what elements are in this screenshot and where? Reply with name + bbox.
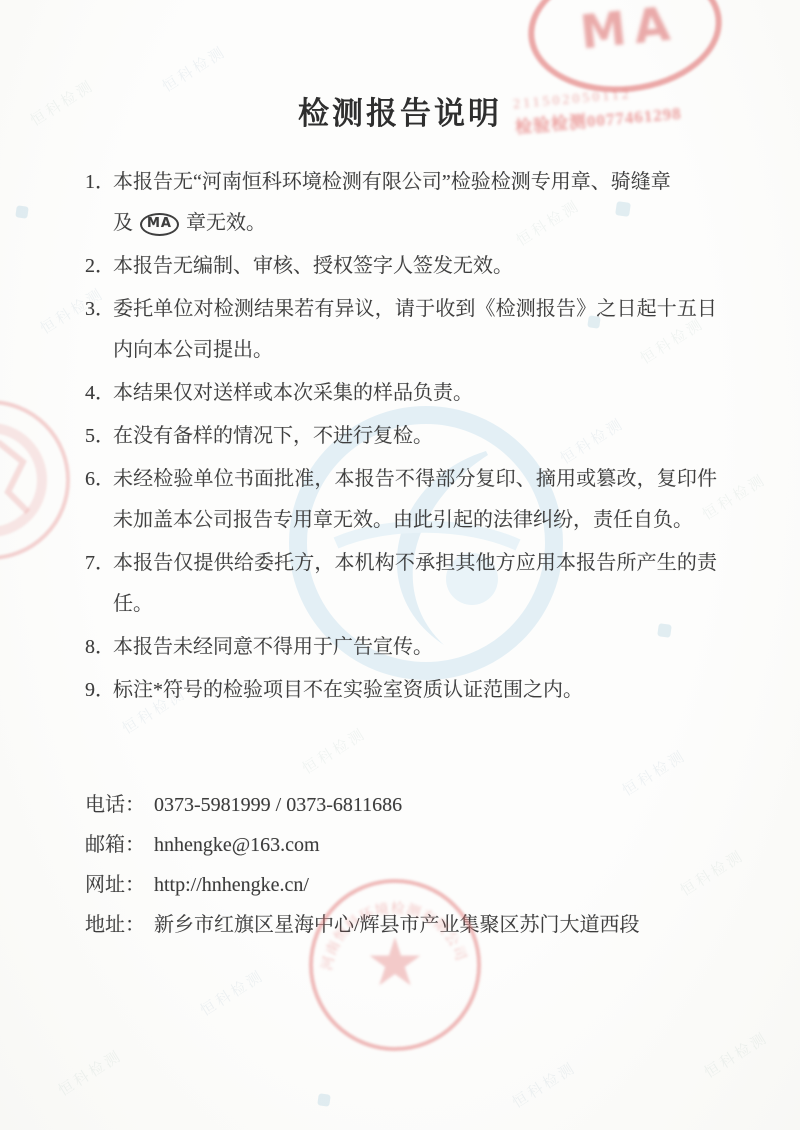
item-text: 未经检验单位书面批准，本报告不得部分复印、摘用或篡改，复印件未加盖本公司报告专用… [113,468,717,531]
item-text: 章无效。 [186,212,266,234]
item-text: 本报告仅提供给委托方，本机构不承担其他方应用本报告所产生的责任。 [113,552,717,615]
notice-item-9: 9． 标注*符号的检验项目不在实验室资质认证范围之内。 [85,670,717,711]
address-label: 地址： [85,914,145,936]
item-text-line2: 及MA章无效。 [113,203,717,244]
item-text-line1: 本报告无“河南恒科环境检测有限公司”检验检测专用章、骑缝章 [113,162,717,203]
item-text: 及 [113,212,133,234]
item-number: 1． [85,162,115,203]
item-number: 2． [85,246,115,287]
item-text: 标注*符号的检验项目不在实验室资质认证范围之内。 [113,679,583,701]
notice-item-8: 8． 本报告未经同意不得用于广告宣传。 [85,627,717,668]
phone-label: 电话： [85,794,145,816]
notice-list: 1． 本报告无“河南恒科环境检测有限公司”检验检测专用章、骑缝章 及MA章无效。… [85,162,717,711]
email-value: hnhengke@163.com [154,834,320,856]
item-text: 委托单位对检测结果若有异议，请于收到《检测报告》之日起十五日内向本公司提出。 [113,298,717,361]
contact-address-row: 地址：新乡市红旗区星海中心/辉县市产业集聚区苏门大道西段 [85,905,800,945]
notice-item-2: 2． 本报告无编制、审核、授权签字人签发无效。 [85,246,717,287]
scanned-report-page: 恒科检测 恒科检测 恒科检测 恒科检测 恒科检测 恒科检测 恒科检测 恒科检测 … [0,0,800,1130]
contact-website-row: 网址：http://hnhengke.cn/ [85,865,800,905]
notice-item-3: 3． 委托单位对检测结果若有异议，请于收到《检测报告》之日起十五日内向本公司提出… [85,289,717,371]
notice-item-4: 4． 本结果仅对送样或本次采集的样品负责。 [85,373,717,414]
website-label: 网址： [85,874,145,896]
item-number: 5． [85,416,115,457]
email-label: 邮箱： [85,834,145,856]
notice-item-6: 6． 未经检验单位书面批准，本报告不得部分复印、摘用或篡改，复印件未加盖本公司报… [85,459,717,541]
website-value: http://hnhengke.cn/ [154,874,309,896]
contact-block: 电话：0373-5981999 / 0373-6811686 邮箱：hnheng… [85,785,800,945]
contact-email-row: 邮箱：hnhengke@163.com [85,825,800,865]
page-title: 检测报告说明 [0,92,800,136]
item-text: 本结果仅对送样或本次采集的样品负责。 [113,382,473,404]
item-number: 6． [85,459,115,500]
notice-item-1: 1． 本报告无“河南恒科环境检测有限公司”检验检测专用章、骑缝章 及MA章无效。 [85,162,717,244]
item-text: 本报告无编制、审核、授权签字人签发无效。 [113,255,513,277]
notice-item-5: 5． 在没有备样的情况下，不进行复检。 [85,416,717,457]
item-number: 9． [85,670,115,711]
contact-phone-row: 电话：0373-5981999 / 0373-6811686 [85,785,800,825]
address-value: 新乡市红旗区星海中心/辉县市产业集聚区苏门大道西段 [154,914,640,936]
item-text: 在没有备样的情况下，不进行复检。 [113,425,433,447]
phone-value: 0373-5981999 / 0373-6811686 [154,794,402,816]
item-number: 4． [85,373,115,414]
item-number: 8． [85,627,115,668]
report-notes-content: 检测报告说明 1． 本报告无“河南恒科环境检测有限公司”检验检测专用章、骑缝章 … [0,0,800,1130]
item-number: 7． [85,543,115,584]
item-number: 3． [85,289,115,330]
notice-item-7: 7． 本报告仅提供给委托方，本机构不承担其他方应用本报告所产生的责任。 [85,543,717,625]
cma-accreditation-icon: MA [140,213,179,236]
item-text: 本报告未经同意不得用于广告宣传。 [113,636,433,658]
